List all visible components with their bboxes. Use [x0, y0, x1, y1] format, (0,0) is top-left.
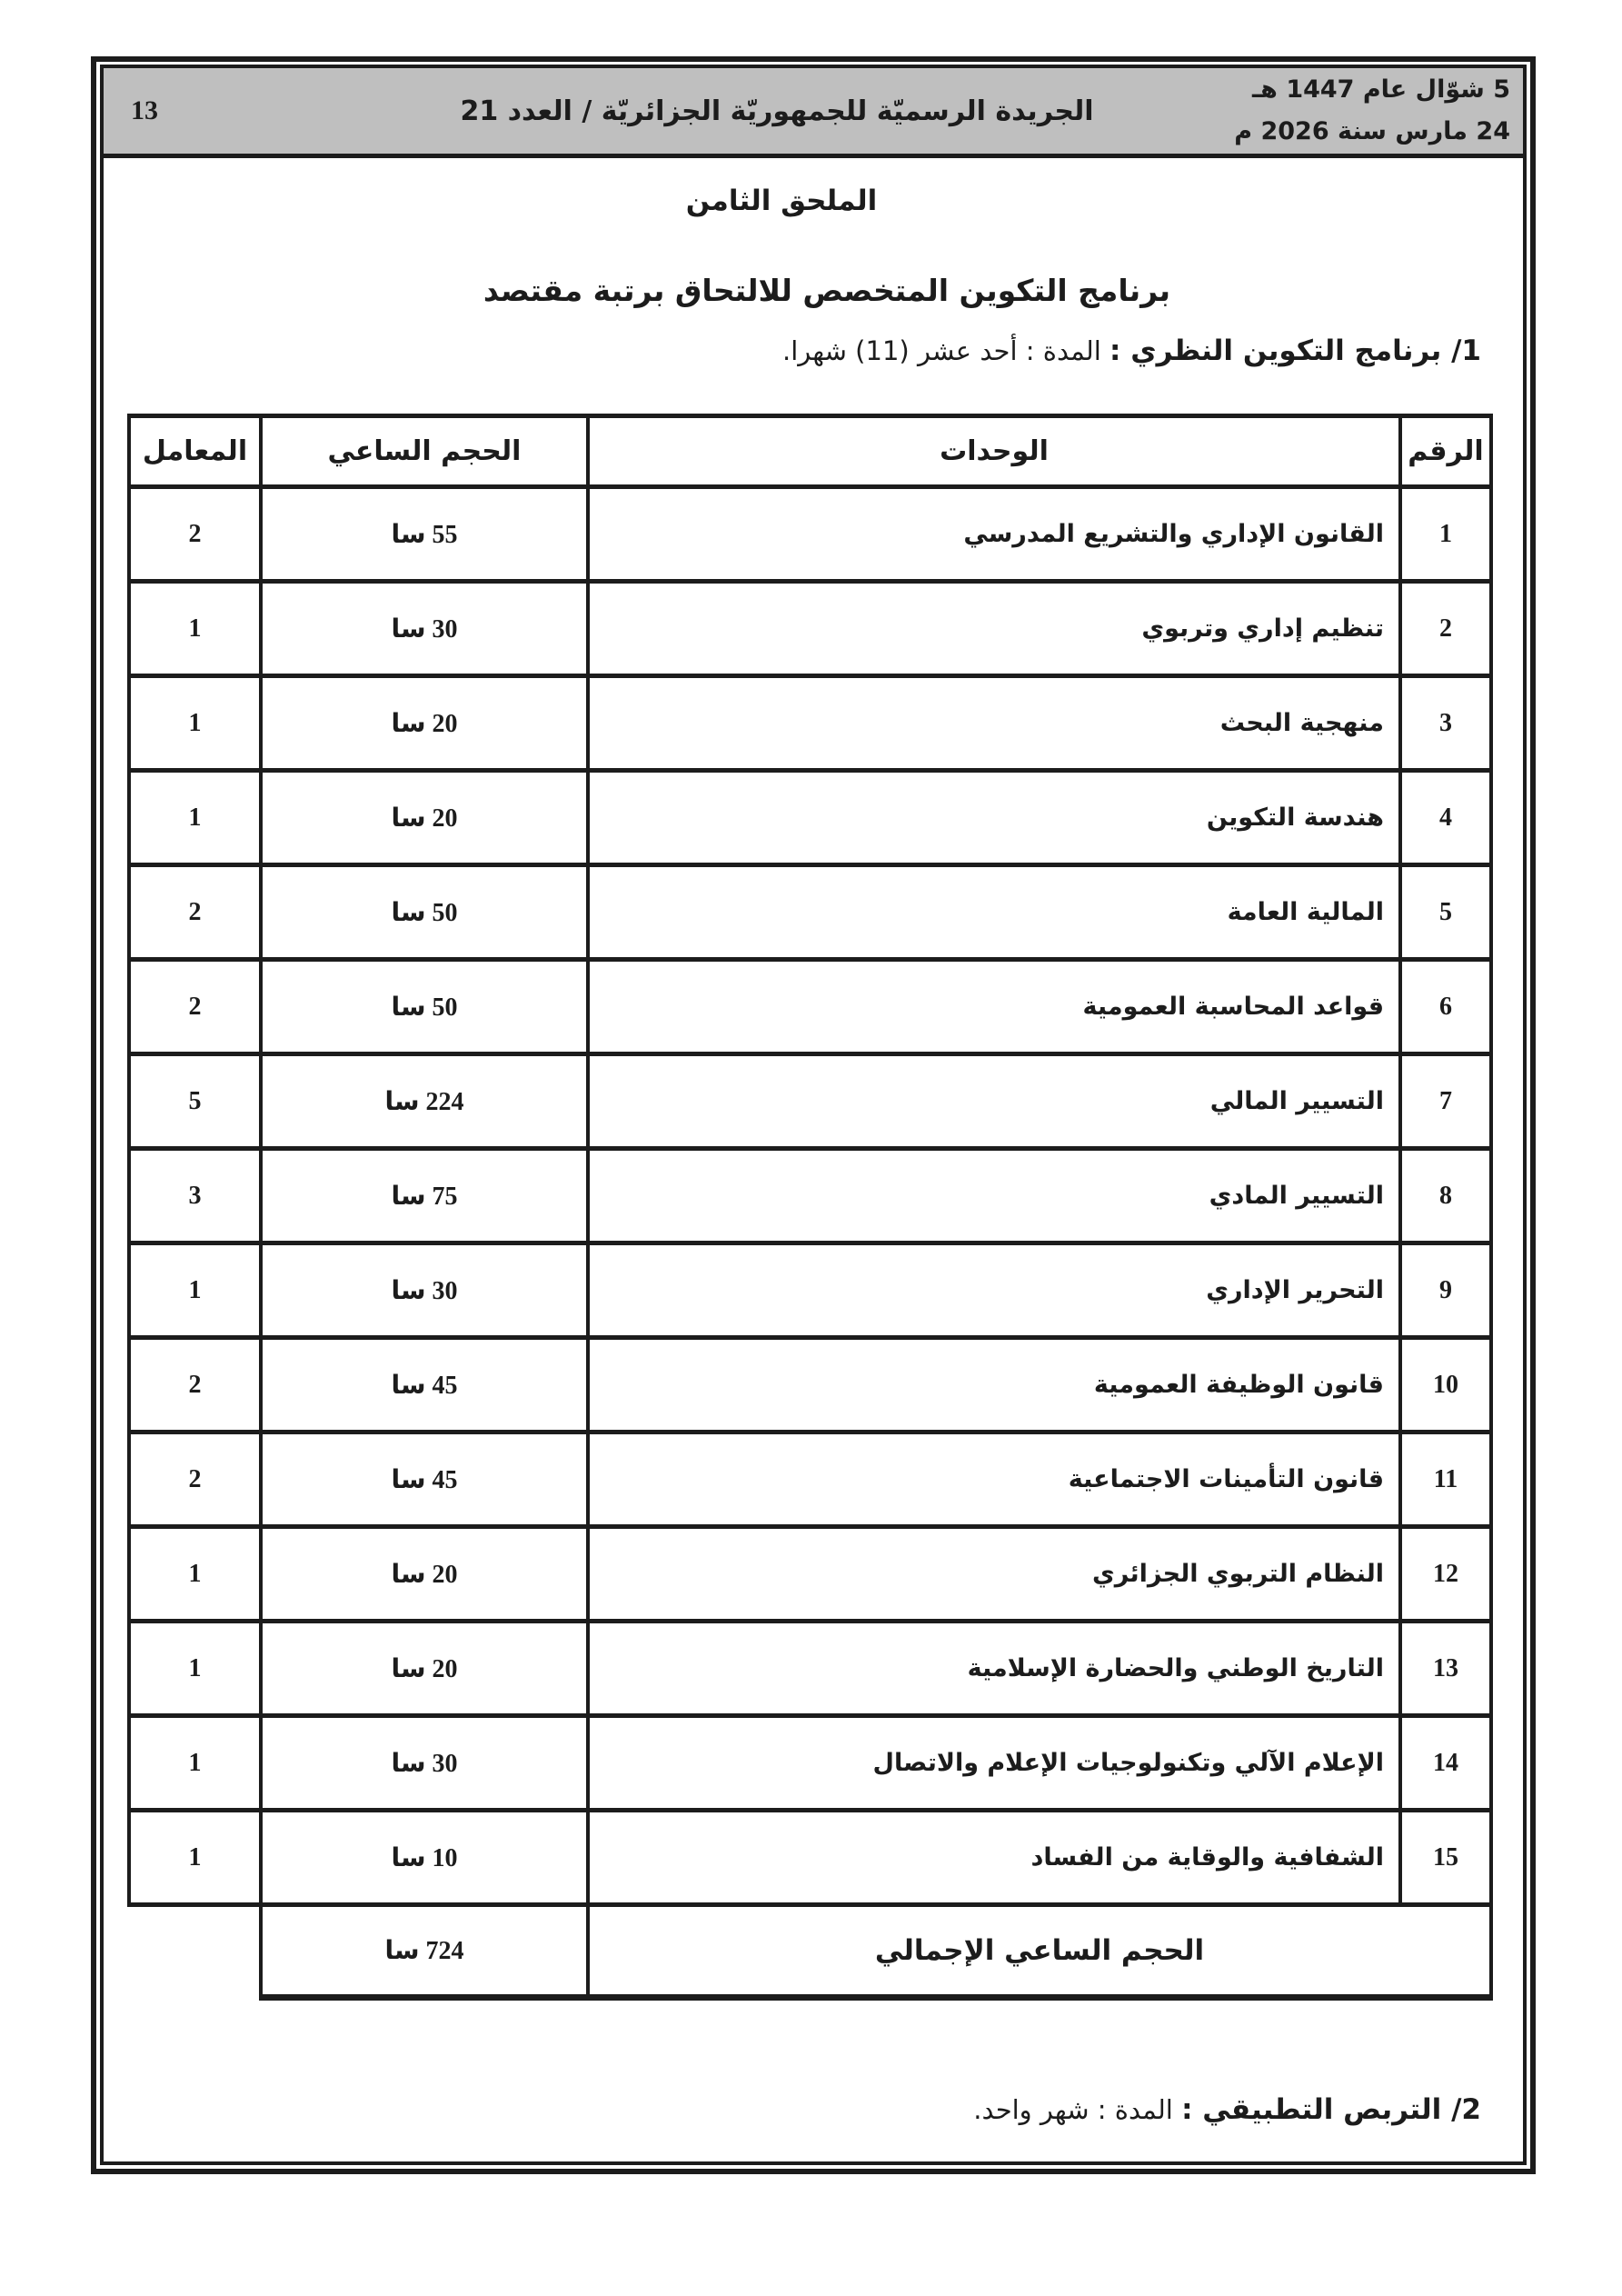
unit-coefficient: 1	[129, 1527, 261, 1622]
table-row: 8 التسيير المادي 75 سا 3	[129, 1149, 1491, 1243]
unit-coefficient: 3	[129, 1149, 261, 1243]
row-number: 1	[1400, 487, 1491, 582]
internship-detail: المدة : شهر واحد.	[973, 2094, 1181, 2125]
unit-coefficient: 1	[129, 1811, 261, 1905]
row-number: 10	[1400, 1338, 1491, 1433]
masthead-dates: 5 شوّال عام 1447 هـ 24 مارس سنة 2026 م	[1234, 69, 1510, 153]
internship-heading: 2/ التربص التطبيقي : المدة : شهر واحد.	[973, 2093, 1481, 2126]
row-number: 9	[1400, 1243, 1491, 1338]
unit-hours: 20 سا	[261, 1622, 588, 1716]
table-header-row: الرقم الوحدات الحجم الساعي المعامل	[129, 416, 1491, 487]
unit-coefficient: 5	[129, 1054, 261, 1149]
unit-name: التسيير المادي	[588, 1149, 1400, 1243]
unit-hours: 45 سا	[261, 1433, 588, 1527]
row-number: 15	[1400, 1811, 1491, 1905]
gregorian-date: 24 مارس سنة 2026 م	[1234, 111, 1510, 153]
journal-page: 13 الجريدة الرسميّة للجمهوريّة الجزائريّ…	[0, 0, 1622, 2296]
unit-name: تنظيم إداري وتربوي	[588, 582, 1400, 676]
row-number: 8	[1400, 1149, 1491, 1243]
column-header-hours: الحجم الساعي	[261, 416, 588, 487]
table-row: 7 التسيير المالي 224 سا 5	[129, 1054, 1491, 1149]
theory-program-heading: 1/ برنامج التكوين النظري : المدة : أحد ع…	[782, 334, 1481, 367]
program-title: برنامج التكوين المتخصص للالتحاق برتبة مق…	[91, 273, 1563, 308]
unit-name: هندسة التكوين	[588, 771, 1400, 865]
table-row: 2 تنظيم إداري وتربوي 30 سا 1	[129, 582, 1491, 676]
unit-coefficient: 1	[129, 1243, 261, 1338]
unit-hours: 75 سا	[261, 1149, 588, 1243]
unit-name: القانون الإداري والتشريع المدرسي	[588, 487, 1400, 582]
unit-hours: 30 سا	[261, 1716, 588, 1811]
unit-hours: 30 سا	[261, 1243, 588, 1338]
row-number: 3	[1400, 676, 1491, 771]
row-number: 11	[1400, 1433, 1491, 1527]
unit-hours: 50 سا	[261, 960, 588, 1054]
unit-hours: 20 سا	[261, 676, 588, 771]
column-header-coefficient: المعامل	[129, 416, 261, 487]
row-number: 7	[1400, 1054, 1491, 1149]
unit-hours: 30 سا	[261, 582, 588, 676]
unit-coefficient: 2	[129, 865, 261, 960]
unit-hours: 20 سا	[261, 771, 588, 865]
unit-hours: 50 سا	[261, 865, 588, 960]
unit-hours: 20 سا	[261, 1527, 588, 1622]
unit-coefficient: 1	[129, 1622, 261, 1716]
unit-hours: 45 سا	[261, 1338, 588, 1433]
row-number: 12	[1400, 1527, 1491, 1622]
unit-name: قانون الوظيفة العمومية	[588, 1338, 1400, 1433]
unit-coefficient: 2	[129, 487, 261, 582]
unit-coefficient: 1	[129, 771, 261, 865]
table-row: 11 قانون التأمينات الاجتماعية 45 سا 2	[129, 1433, 1491, 1527]
unit-coefficient: 1	[129, 676, 261, 771]
theory-program-detail: المدة : أحد عشر (11) شهرا.	[782, 335, 1110, 366]
row-number: 6	[1400, 960, 1491, 1054]
table-row: 3 منهجية البحث 20 سا 1	[129, 676, 1491, 771]
row-number: 2	[1400, 582, 1491, 676]
table-row: 10 قانون الوظيفة العمومية 45 سا 2	[129, 1338, 1491, 1433]
training-units-table: الرقم الوحدات الحجم الساعي المعامل 1 الق…	[127, 414, 1493, 2001]
unit-name: منهجية البحث	[588, 676, 1400, 771]
column-header-units: الوحدات	[588, 416, 1400, 487]
table-row: 15 الشفافية والوقاية من الفساد 10 سا 1	[129, 1811, 1491, 1905]
unit-name: التسيير المالي	[588, 1054, 1400, 1149]
unit-hours: 55 سا	[261, 487, 588, 582]
unit-name: قواعد المحاسبة العمومية	[588, 960, 1400, 1054]
unit-coefficient: 2	[129, 960, 261, 1054]
table-row: 13 التاريخ الوطني والحضارة الإسلامية 20 …	[129, 1622, 1491, 1716]
unit-name: النظام التربوي الجزائري	[588, 1527, 1400, 1622]
theory-program-label: 1/ برنامج التكوين النظري :	[1110, 334, 1481, 367]
masthead-band: 13 الجريدة الرسميّة للجمهوريّة الجزائريّ…	[104, 68, 1523, 158]
unit-name: الشفافية والوقاية من الفساد	[588, 1811, 1400, 1905]
table-row: 6 قواعد المحاسبة العمومية 50 سا 2	[129, 960, 1491, 1054]
total-hours: 724 سا	[261, 1905, 588, 1998]
unit-name: التحرير الإداري	[588, 1243, 1400, 1338]
unit-coefficient: 2	[129, 1338, 261, 1433]
table-row: 12 النظام التربوي الجزائري 20 سا 1	[129, 1527, 1491, 1622]
table-row: 14 الإعلام الآلي وتكنولوجيات الإعلام وال…	[129, 1716, 1491, 1811]
row-number: 5	[1400, 865, 1491, 960]
unit-name: الإعلام الآلي وتكنولوجيات الإعلام والاتص…	[588, 1716, 1400, 1811]
total-row: الحجم الساعي الإجمالي 724 سا	[129, 1905, 1491, 1998]
unit-name: قانون التأمينات الاجتماعية	[588, 1433, 1400, 1527]
row-number: 13	[1400, 1622, 1491, 1716]
row-number: 14	[1400, 1716, 1491, 1811]
unit-hours: 10 سا	[261, 1811, 588, 1905]
hijri-date: 5 شوّال عام 1447 هـ	[1234, 69, 1510, 111]
unit-hours: 224 سا	[261, 1054, 588, 1149]
unit-coefficient: 1	[129, 1716, 261, 1811]
table-row: 5 المالية العامة 50 سا 2	[129, 865, 1491, 960]
table-row: 9 التحرير الإداري 30 سا 1	[129, 1243, 1491, 1338]
annex-title: الملحق الثامن	[91, 185, 1472, 217]
column-header-number: الرقم	[1400, 416, 1491, 487]
internship-label: 2/ التربص التطبيقي :	[1181, 2093, 1481, 2126]
unit-coefficient: 2	[129, 1433, 261, 1527]
total-label: الحجم الساعي الإجمالي	[588, 1905, 1491, 1998]
total-row-empty-cell	[129, 1905, 261, 1998]
table-row: 4 هندسة التكوين 20 سا 1	[129, 771, 1491, 865]
unit-name: التاريخ الوطني والحضارة الإسلامية	[588, 1622, 1400, 1716]
unit-name: المالية العامة	[588, 865, 1400, 960]
row-number: 4	[1400, 771, 1491, 865]
table-row: 1 القانون الإداري والتشريع المدرسي 55 سا…	[129, 487, 1491, 582]
unit-coefficient: 1	[129, 582, 261, 676]
